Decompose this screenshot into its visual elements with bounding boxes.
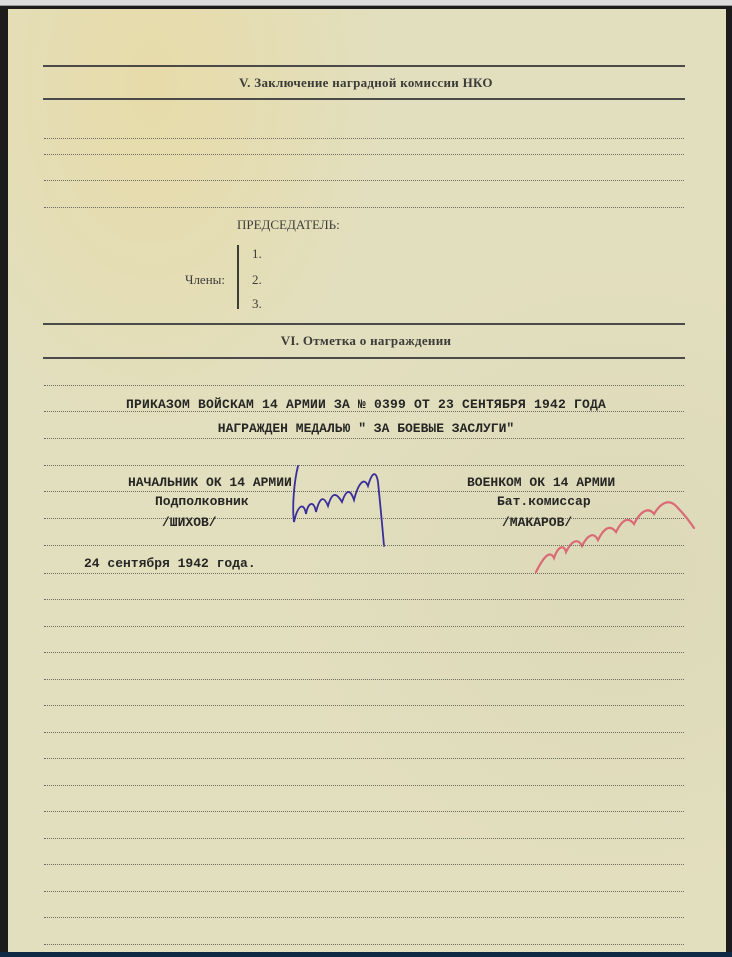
member-1: 1.	[252, 246, 262, 262]
section-v-bottom-rule	[43, 98, 685, 100]
member-2: 2.	[252, 272, 262, 288]
members-label: Члены:	[185, 272, 225, 288]
section-vi-top-rule	[43, 323, 685, 325]
blank-line	[44, 385, 684, 386]
blank-line	[44, 207, 684, 208]
section-vi-bottom-rule	[43, 357, 685, 359]
chairman-label: ПРЕДСЕДАТЕЛЬ:	[237, 217, 340, 233]
blank-line	[44, 864, 684, 865]
signature-blue	[284, 462, 394, 550]
left-signatory-position: НАЧАЛЬНИК ОК 14 АРМИИ	[128, 475, 292, 490]
blank-line	[44, 438, 684, 439]
order-line-1: ПРИКАЗОМ ВОЙСКАМ 14 АРМИИ ЗА № 0399 ОТ 2…	[0, 397, 732, 412]
blank-line	[44, 811, 684, 812]
blank-line	[44, 573, 684, 574]
bottom-bar	[0, 952, 732, 957]
blank-line	[44, 705, 684, 706]
blank-line	[44, 785, 684, 786]
blank-line	[44, 599, 684, 600]
blank-line	[44, 679, 684, 680]
blank-line	[44, 154, 684, 155]
blank-line	[44, 891, 684, 892]
blank-line	[44, 411, 684, 412]
blank-line	[44, 944, 684, 945]
blank-line	[44, 626, 684, 627]
left-signatory-name: /ШИХОВ/	[162, 515, 217, 530]
signature-red	[530, 492, 700, 576]
members-bracket	[237, 245, 239, 309]
section-v-top-rule	[43, 65, 685, 67]
blank-line	[44, 138, 684, 139]
section-v-title: V. Заключение наградной комиссии НКО	[0, 75, 732, 91]
blank-line	[44, 838, 684, 839]
member-3: 3.	[252, 296, 262, 312]
blank-line	[44, 180, 684, 181]
signing-date: 24 сентября 1942 года.	[84, 556, 256, 571]
left-signatory-rank: Подполковник	[155, 494, 249, 509]
blank-line	[44, 732, 684, 733]
blank-line	[44, 758, 684, 759]
right-signatory-position: ВОЕНКОМ ОК 14 АРМИИ	[467, 475, 615, 490]
blank-line	[44, 917, 684, 918]
blank-line	[44, 652, 684, 653]
order-line-2: НАГРАЖДЕН МЕДАЛЬЮ " ЗА БОЕВЫЕ ЗАСЛУГИ"	[0, 421, 732, 436]
blank-line	[44, 545, 684, 546]
section-vi-title: VI. Отметка о награждении	[0, 333, 732, 349]
